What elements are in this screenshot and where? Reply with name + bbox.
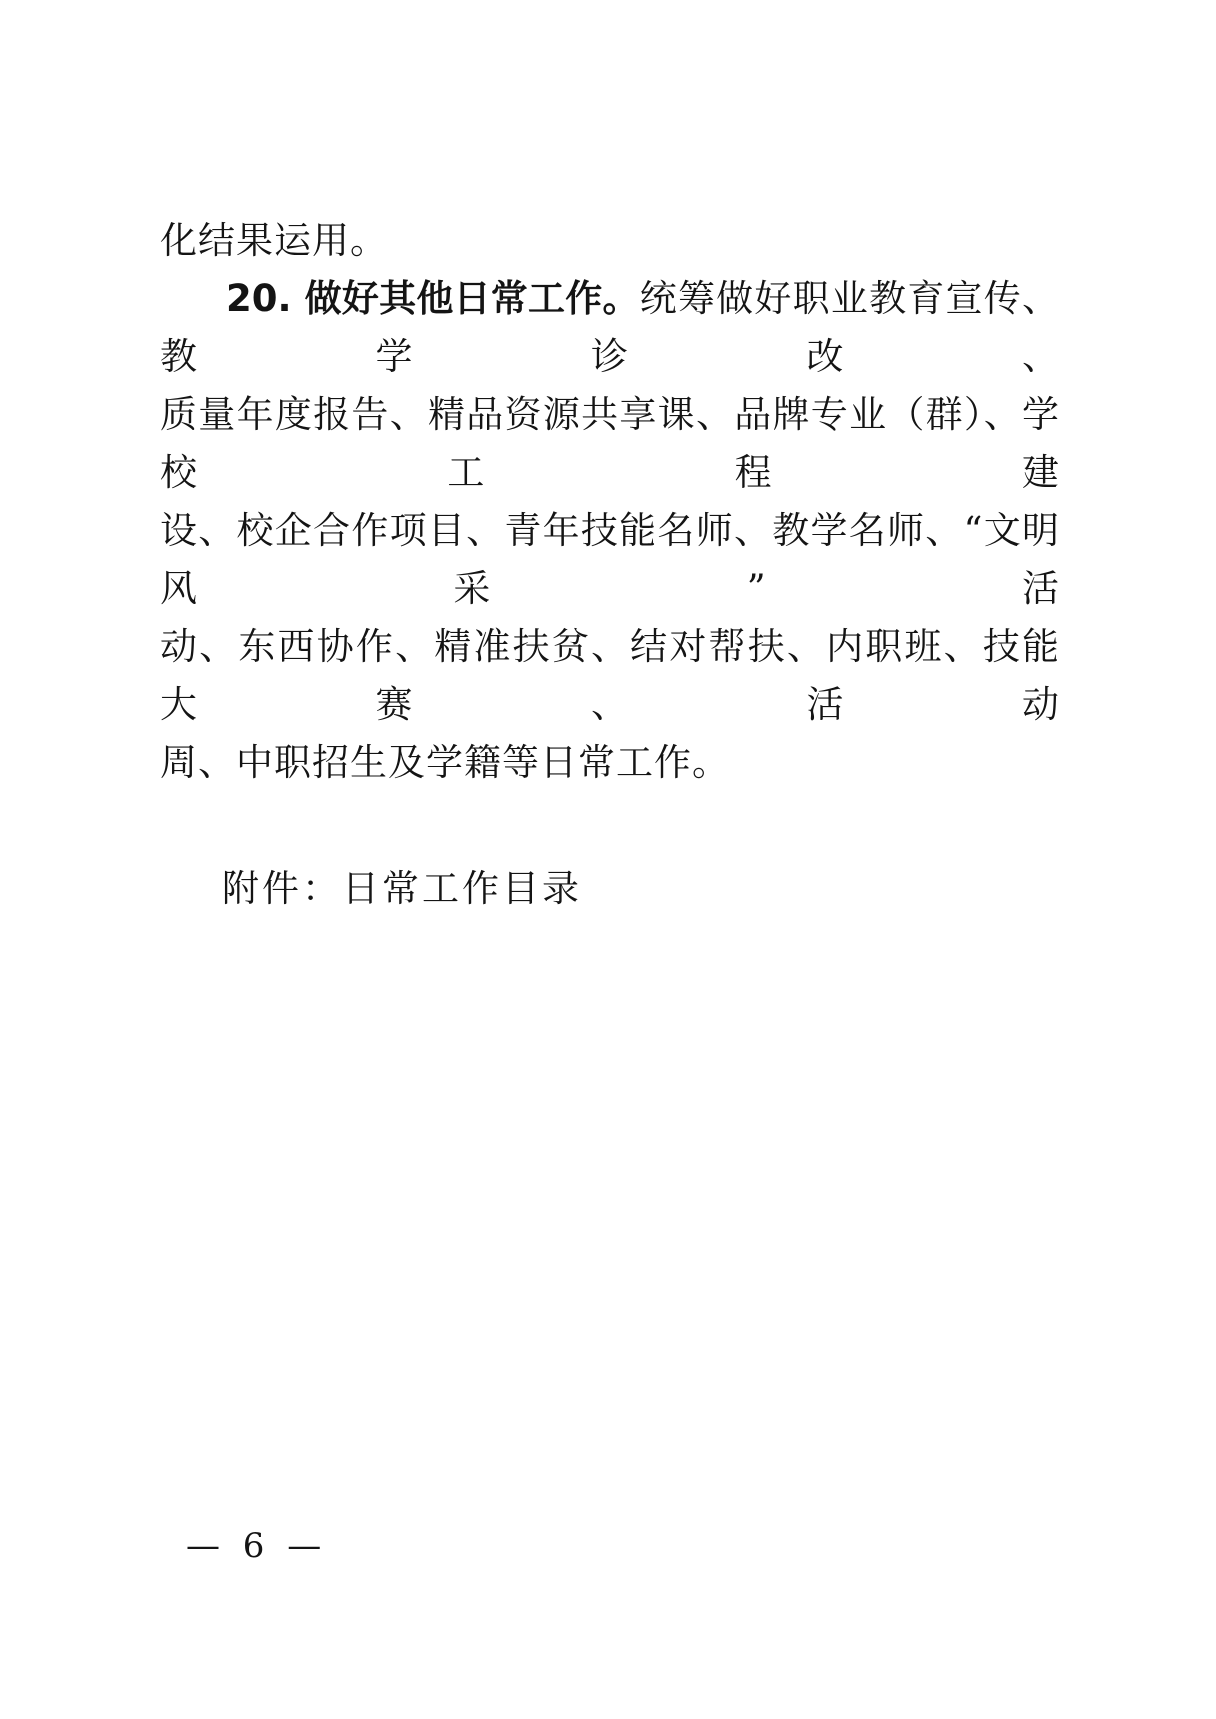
carryover-line: 化结果运用。 <box>160 212 1060 270</box>
paragraph-20-line-4: 动、东西协作、精准扶贫、结对帮扶、内职班、技能大赛、活动 <box>160 618 1060 734</box>
paragraph-20-line-2: 质量年度报告、精品资源共享课、品牌专业（群）、学校工程建 <box>160 386 1060 502</box>
paragraph-20-line-3: 设、校企合作项目、青年技能名师、教学名师、“文明风采”活 <box>160 502 1060 618</box>
attachment-line: 附件：日常工作目录 <box>160 860 1060 918</box>
document-body: 化结果运用。 20. 做好其他日常工作。统筹做好职业教育宣传、教学诊改、 质量年… <box>160 212 1060 918</box>
paragraph-20-line-5: 周、中职招生及学籍等日常工作。 <box>160 734 1060 792</box>
document-page: 化结果运用。 20. 做好其他日常工作。统筹做好职业教育宣传、教学诊改、 质量年… <box>0 0 1216 1719</box>
paragraph-20-heading: 20. 做好其他日常工作。 <box>226 277 640 320</box>
page-number: — 6 — <box>186 1526 327 1566</box>
paragraph-20-line-1: 20. 做好其他日常工作。统筹做好职业教育宣传、教学诊改、 <box>160 270 1060 386</box>
